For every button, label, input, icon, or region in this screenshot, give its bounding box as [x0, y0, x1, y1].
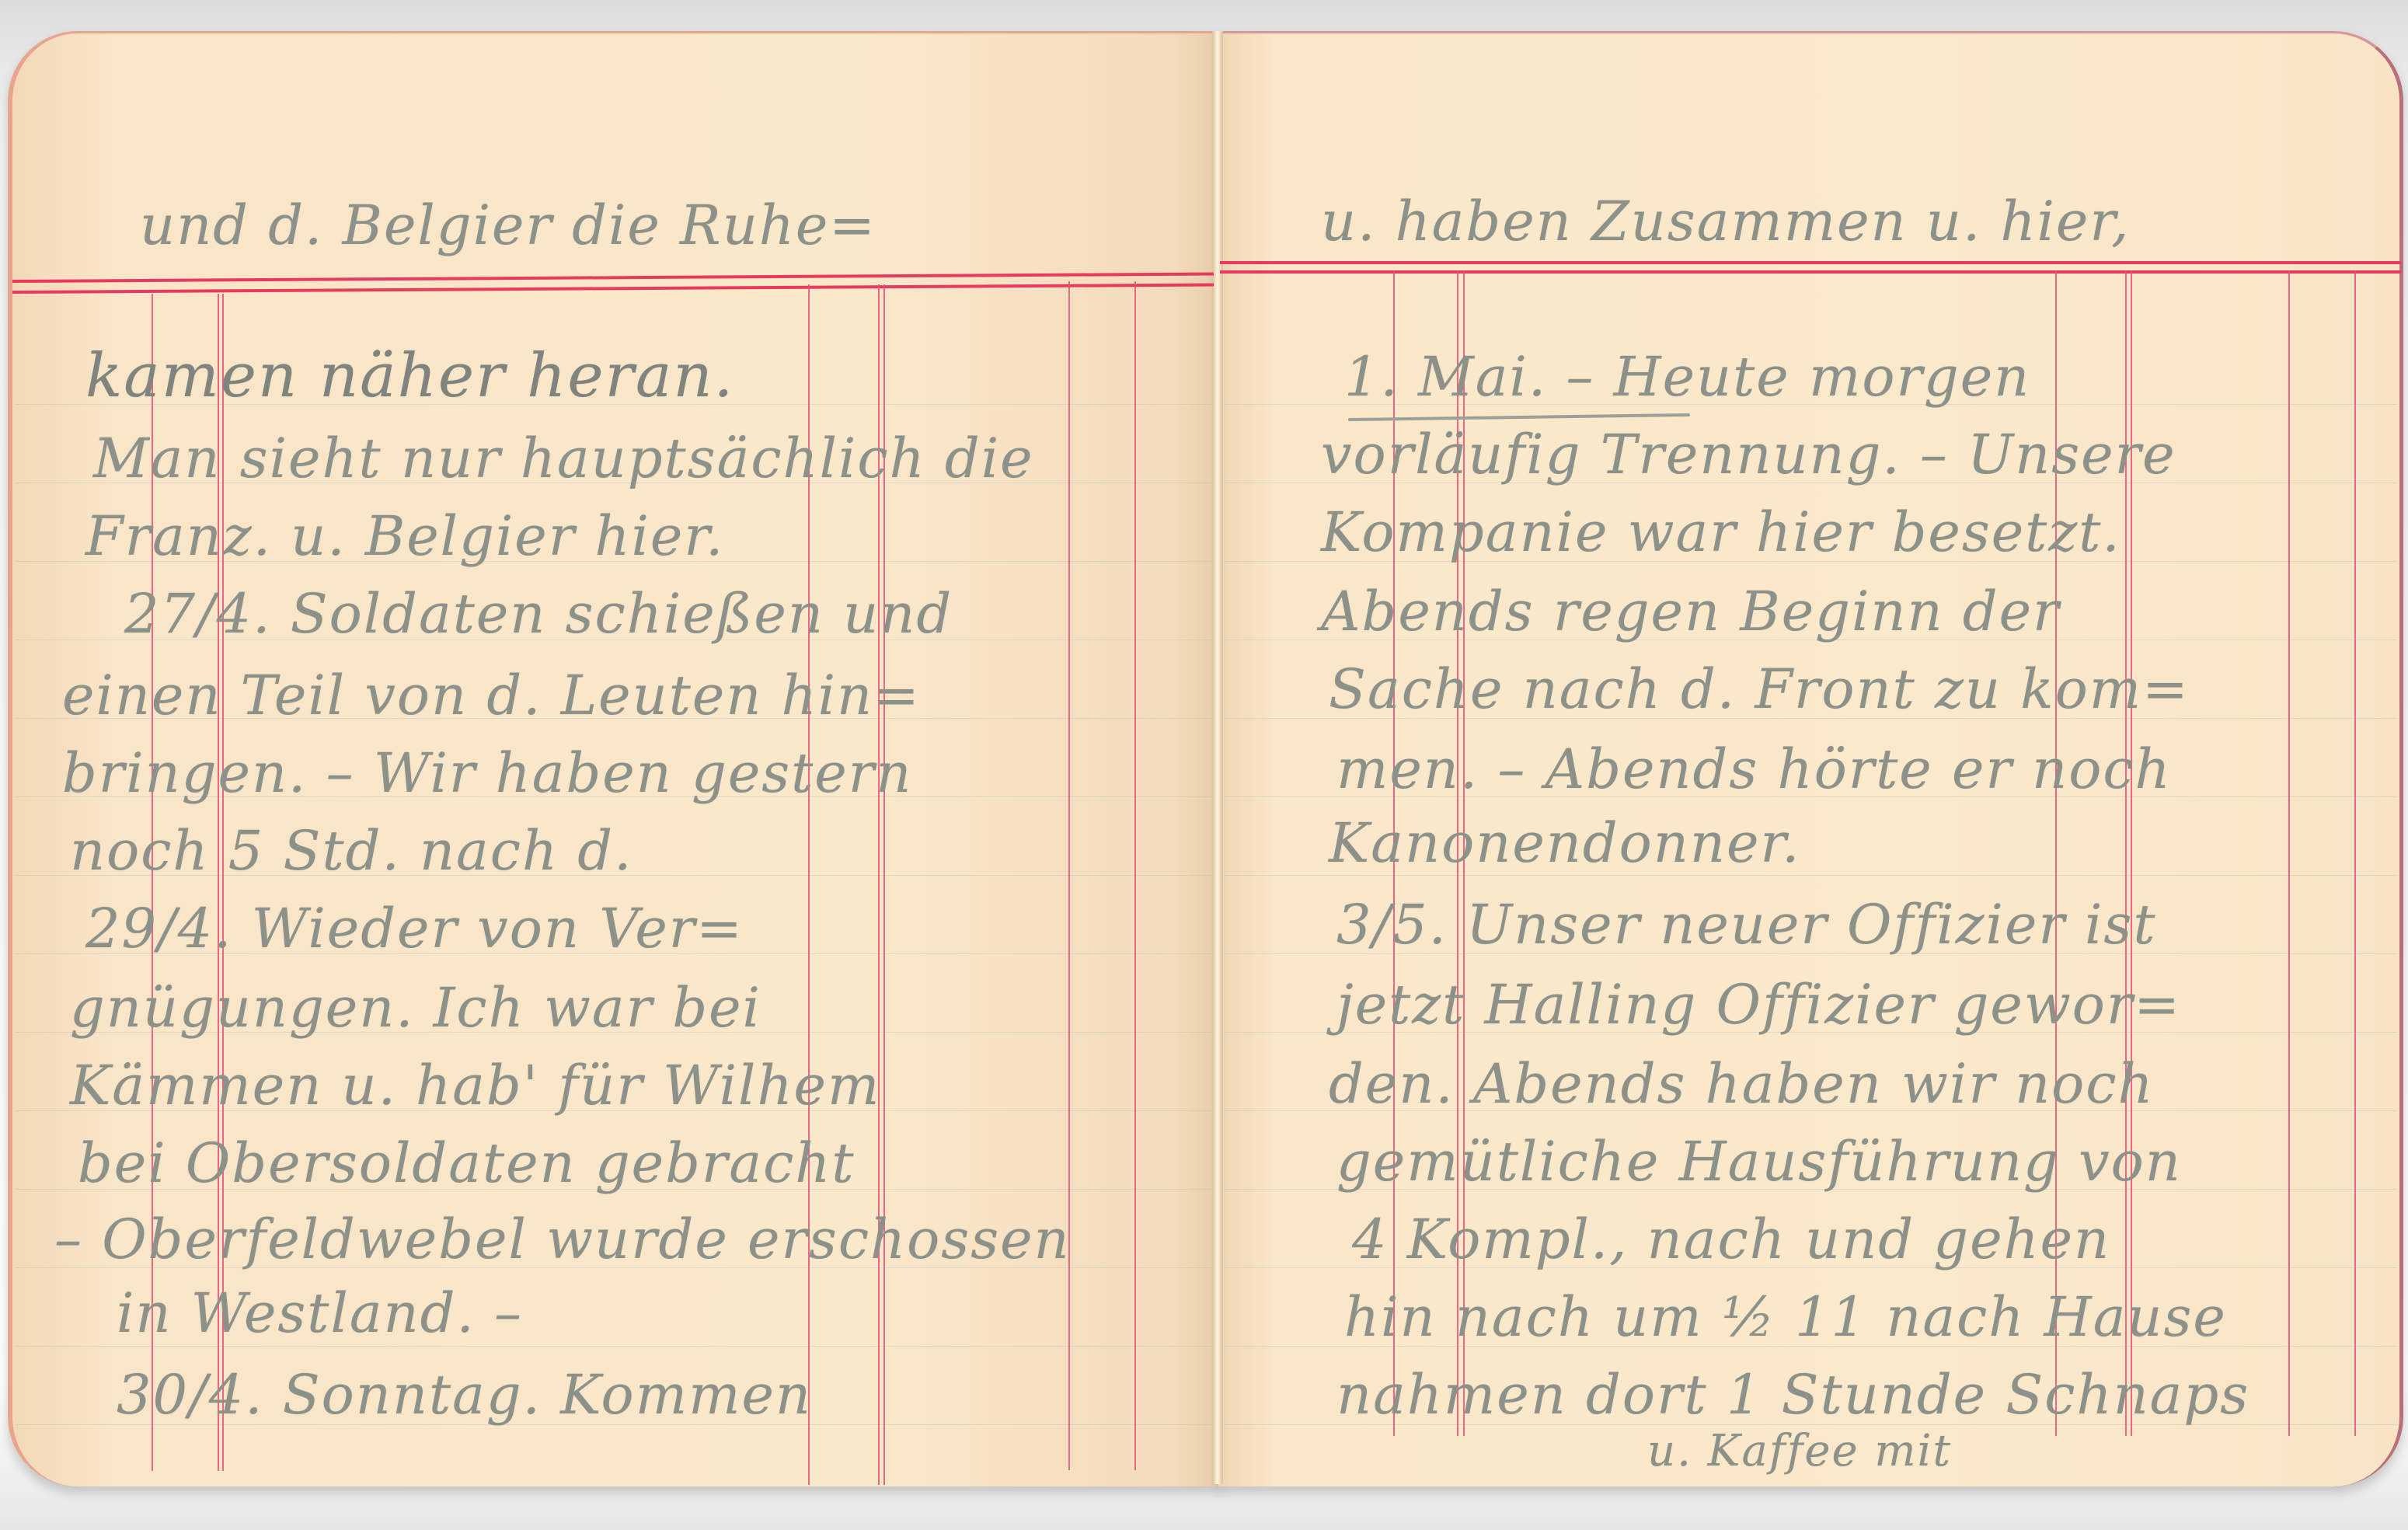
right-line-date-may-1: 1. Mai. – Heute morgen	[1344, 350, 2030, 404]
right-line: 4 Kompl., nach und gehen	[1352, 1212, 2110, 1267]
left-line: in Westland. –	[117, 1286, 523, 1340]
left-line: einen Teil von d. Leuten hin=	[62, 668, 921, 723]
right-line: Sache nach d. Front zu kom=	[1329, 662, 2190, 716]
header-rule-top-right	[1220, 261, 2401, 264]
left-line: – Oberfeldwebel wurde erschossen	[54, 1212, 1071, 1267]
left-line: Man sieht nur hauptsächlich die	[93, 431, 1034, 486]
left-line: Franz. u. Belgier hier.	[85, 509, 724, 563]
left-heading-line: und d. Belgier die Ruhe=	[140, 198, 876, 253]
left-line: bei Obersoldaten gebracht	[78, 1136, 856, 1190]
right-line: jetzt Halling Offizier gewor=	[1336, 978, 2181, 1032]
right-line: hin nach um ½ 11 nach Hause	[1344, 1290, 2227, 1344]
left-line: 27/4. Soldaten schießen und	[124, 587, 953, 641]
ruling-line	[1224, 875, 2397, 876]
right-line: u. Kaffee mit	[1647, 1430, 1952, 1473]
left-line: noch 5 Std. nach d.	[70, 824, 632, 878]
right-line: Kanonendonner.	[1329, 816, 1800, 870]
right-line: nahmen dort 1 Stunde Schnaps	[1336, 1368, 2249, 1422]
left-line: kamen näher heran.	[85, 346, 734, 406]
notebook-gutter	[1212, 31, 1223, 1484]
left-line: bringen. – Wir haben gestern	[62, 746, 912, 800]
header-rule-bottom-right	[1220, 270, 2401, 274]
ruling-line	[16, 1346, 1212, 1347]
left-line: gnügungen. Ich war bei	[70, 981, 761, 1035]
column-line	[1068, 281, 1070, 1470]
left-line: 29/4. Wieder von Ver=	[85, 901, 744, 956]
right-line: gemütliche Hausführung von	[1336, 1134, 2182, 1189]
left-line: 30/4. Sonntag. Kommen	[117, 1368, 812, 1422]
right-heading-line: u. haben Zusammen u. hier,	[1321, 194, 2130, 249]
right-line: men. – Abends hörte er noch	[1336, 742, 2172, 796]
left-line: Kämmen u. hab' für Wilhem	[70, 1058, 880, 1113]
column-line	[2288, 270, 2290, 1436]
column-line	[1134, 281, 1136, 1470]
column-line	[2354, 270, 2356, 1436]
right-line: den. Abends haben wir noch	[1329, 1057, 2155, 1111]
right-line: 3/5. Unser neuer Offizier ist	[1336, 897, 2156, 952]
right-line: Abends regen Beginn der	[1321, 584, 2061, 639]
right-line: vorläufig Trennung. – Unsere	[1321, 427, 2176, 482]
right-line: Kompanie war hier besetzt.	[1321, 505, 2121, 559]
